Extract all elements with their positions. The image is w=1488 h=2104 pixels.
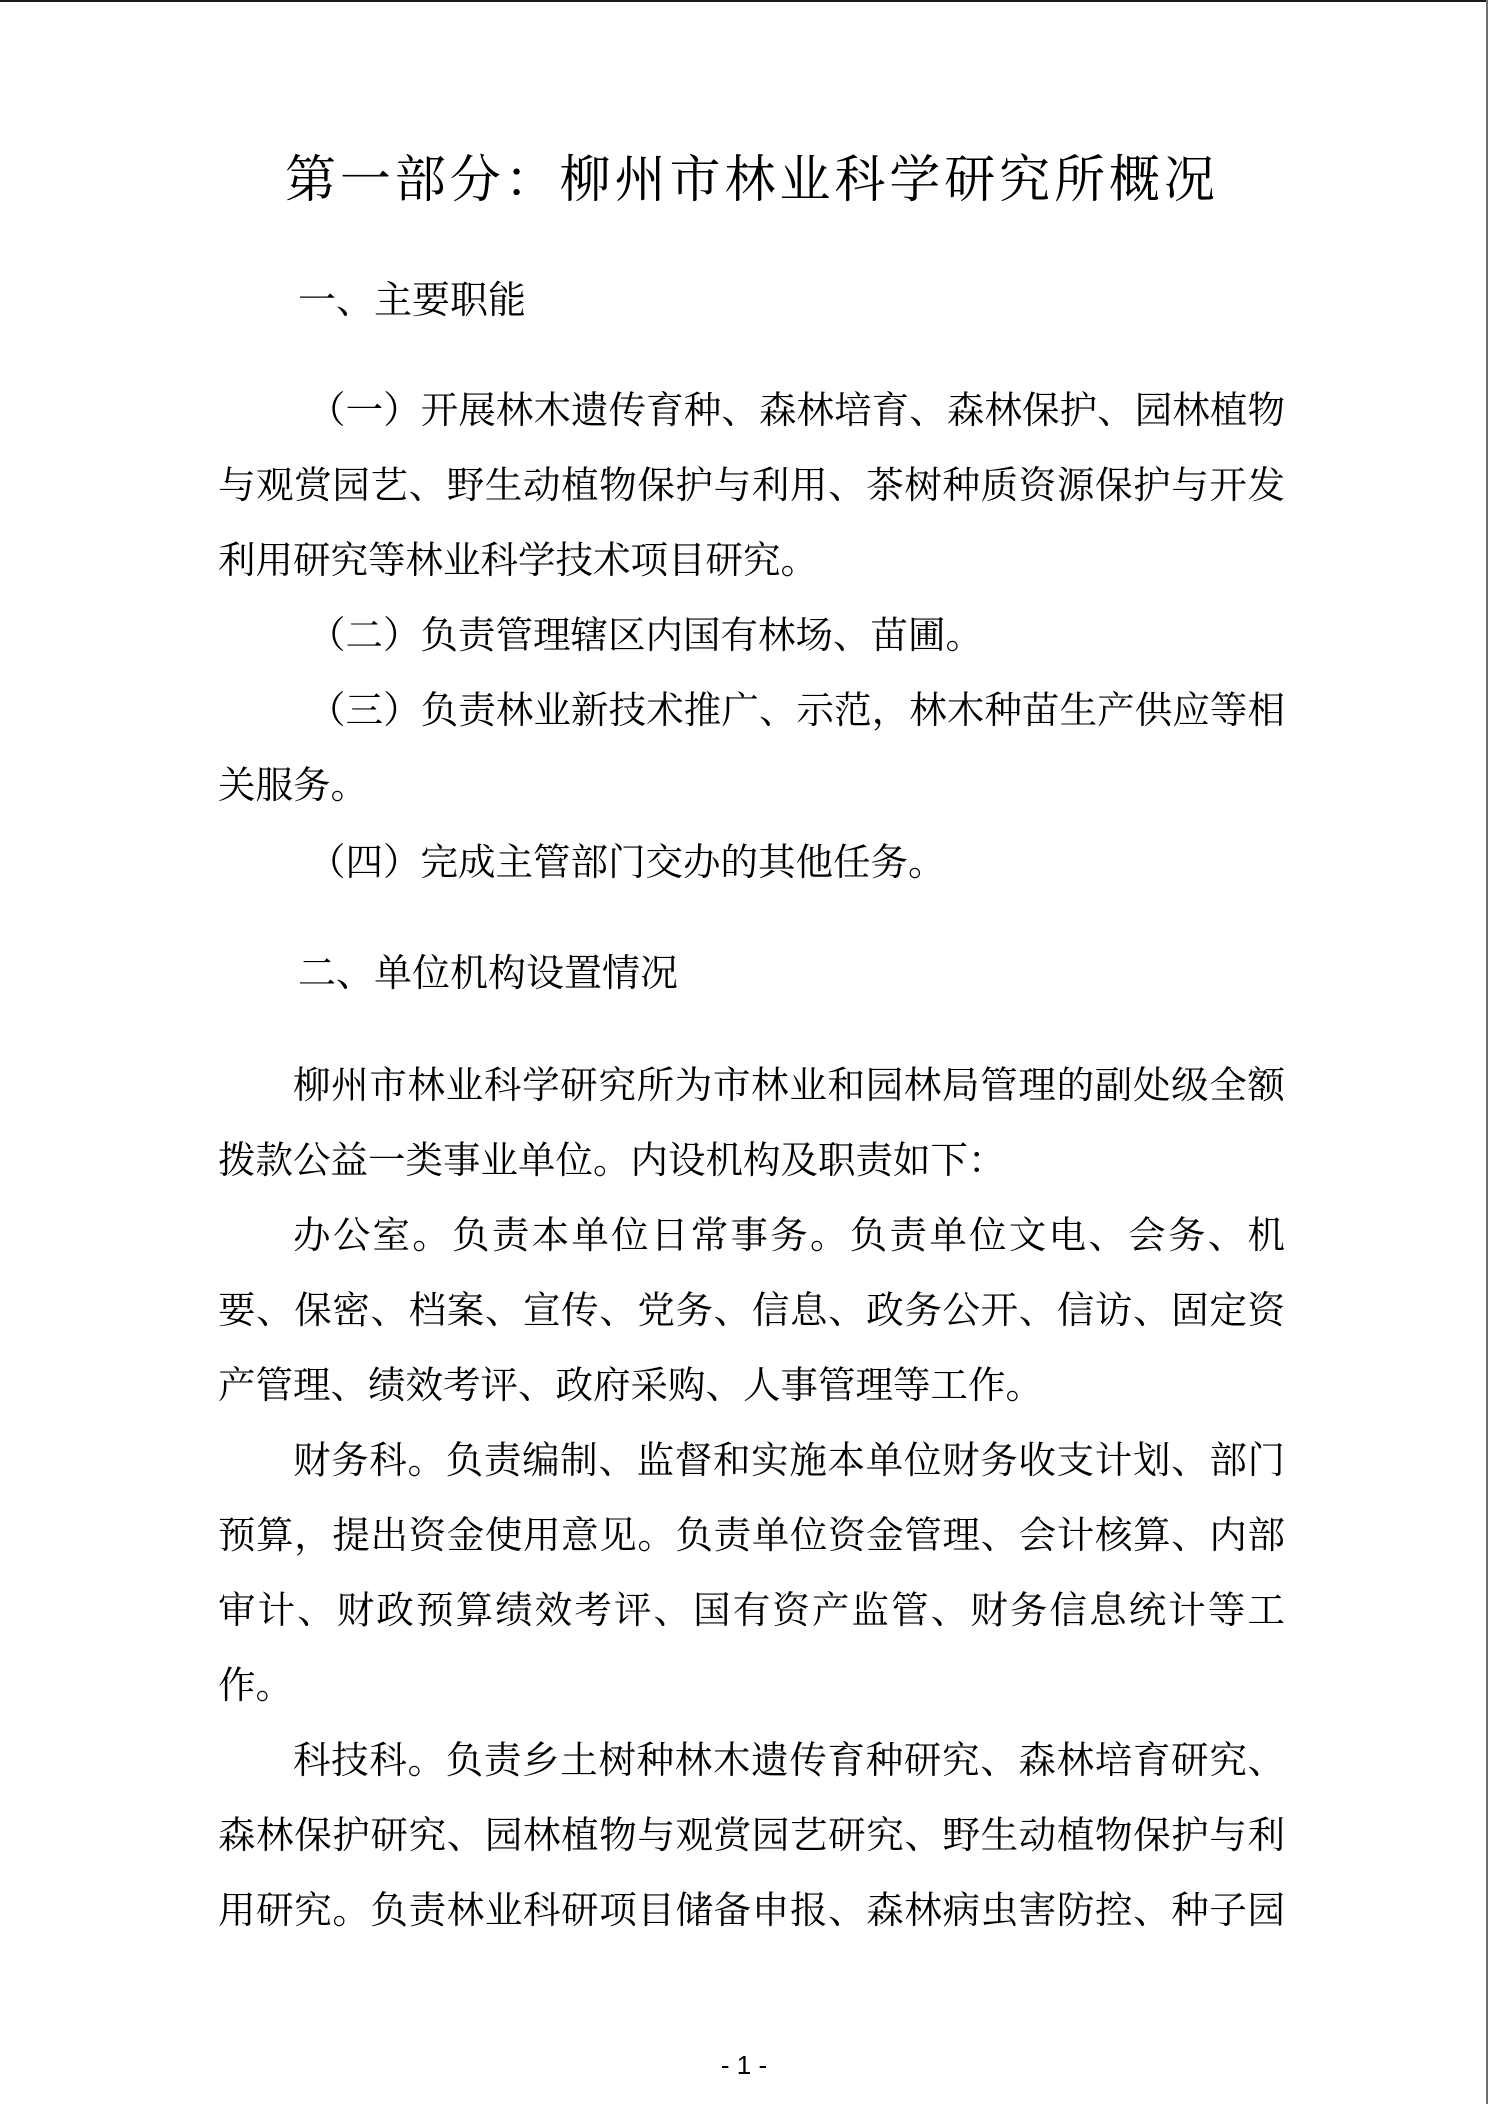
page-number: - 1 - <box>0 2050 1488 2080</box>
paragraph-line: 与观赏园艺、野生动植物保护与利用、茶树种质资源保护与开发 <box>218 462 1285 508</box>
paragraph-line: （二）负责管理辖区内国有林场、苗圃。 <box>308 612 1285 658</box>
paragraph-line: 关服务。 <box>218 762 1285 808</box>
paragraph-line: 拨款公益一类事业单位。内设机构及职责如下： <box>218 1137 1285 1183</box>
paragraph-line: 办公室。负责本单位日常事务。负责单位文电、会务、机 <box>293 1212 1285 1258</box>
document-page: 第一部分：柳州市林业科学研究所概况 一、主要职能 （一）开展林木遗传育种、森林培… <box>0 0 1488 2104</box>
paragraph-line: 柳州市林业科学研究所为市林业和园林局管理的副处级全额 <box>293 1062 1285 1108</box>
paragraph-line: 用研究。负责林业科研项目储备申报、森林病虫害防控、种子园 <box>218 1887 1285 1933</box>
paragraph-line: 预算，提出资金使用意见。负责单位资金管理、会计核算、内部 <box>218 1512 1285 1558</box>
paragraph-line: （一）开展林木遗传育种、森林培育、森林保护、园林植物 <box>308 387 1285 433</box>
section-heading-org-structure: 二、单位机构设置情况 <box>298 950 678 996</box>
paragraph-line: （三）负责林业新技术推广、示范，林木种苗生产供应等相 <box>308 687 1285 733</box>
page-top-edge <box>0 0 1488 2</box>
paragraph-line: 森林保护研究、园林植物与观赏园艺研究、野生动植物保护与利 <box>218 1812 1285 1858</box>
section-heading-main-functions: 一、主要职能 <box>298 277 526 323</box>
paragraph-line: （四）完成主管部门交办的其他任务。 <box>308 839 1285 885</box>
paragraph-line: 产管理、绩效考评、政府采购、人事管理等工作。 <box>218 1362 1285 1408</box>
page-title: 第一部分：柳州市林业科学研究所概况 <box>285 150 1215 212</box>
paragraph-line: 利用研究等林业科学技术项目研究。 <box>218 537 1285 583</box>
paragraph-line: 科技科。负责乡土树种林木遗传育种研究、森林培育研究、 <box>293 1737 1285 1783</box>
paragraph-line: 审计、财政预算绩效考评、国有资产监管、财务信息统计等工 <box>218 1587 1285 1633</box>
paragraph-line: 作。 <box>218 1662 1285 1708</box>
paragraph-line: 财务科。负责编制、监督和实施本单位财务收支计划、部门 <box>293 1437 1285 1483</box>
paragraph-line: 要、保密、档案、宣传、党务、信息、政务公开、信访、固定资 <box>218 1287 1285 1333</box>
